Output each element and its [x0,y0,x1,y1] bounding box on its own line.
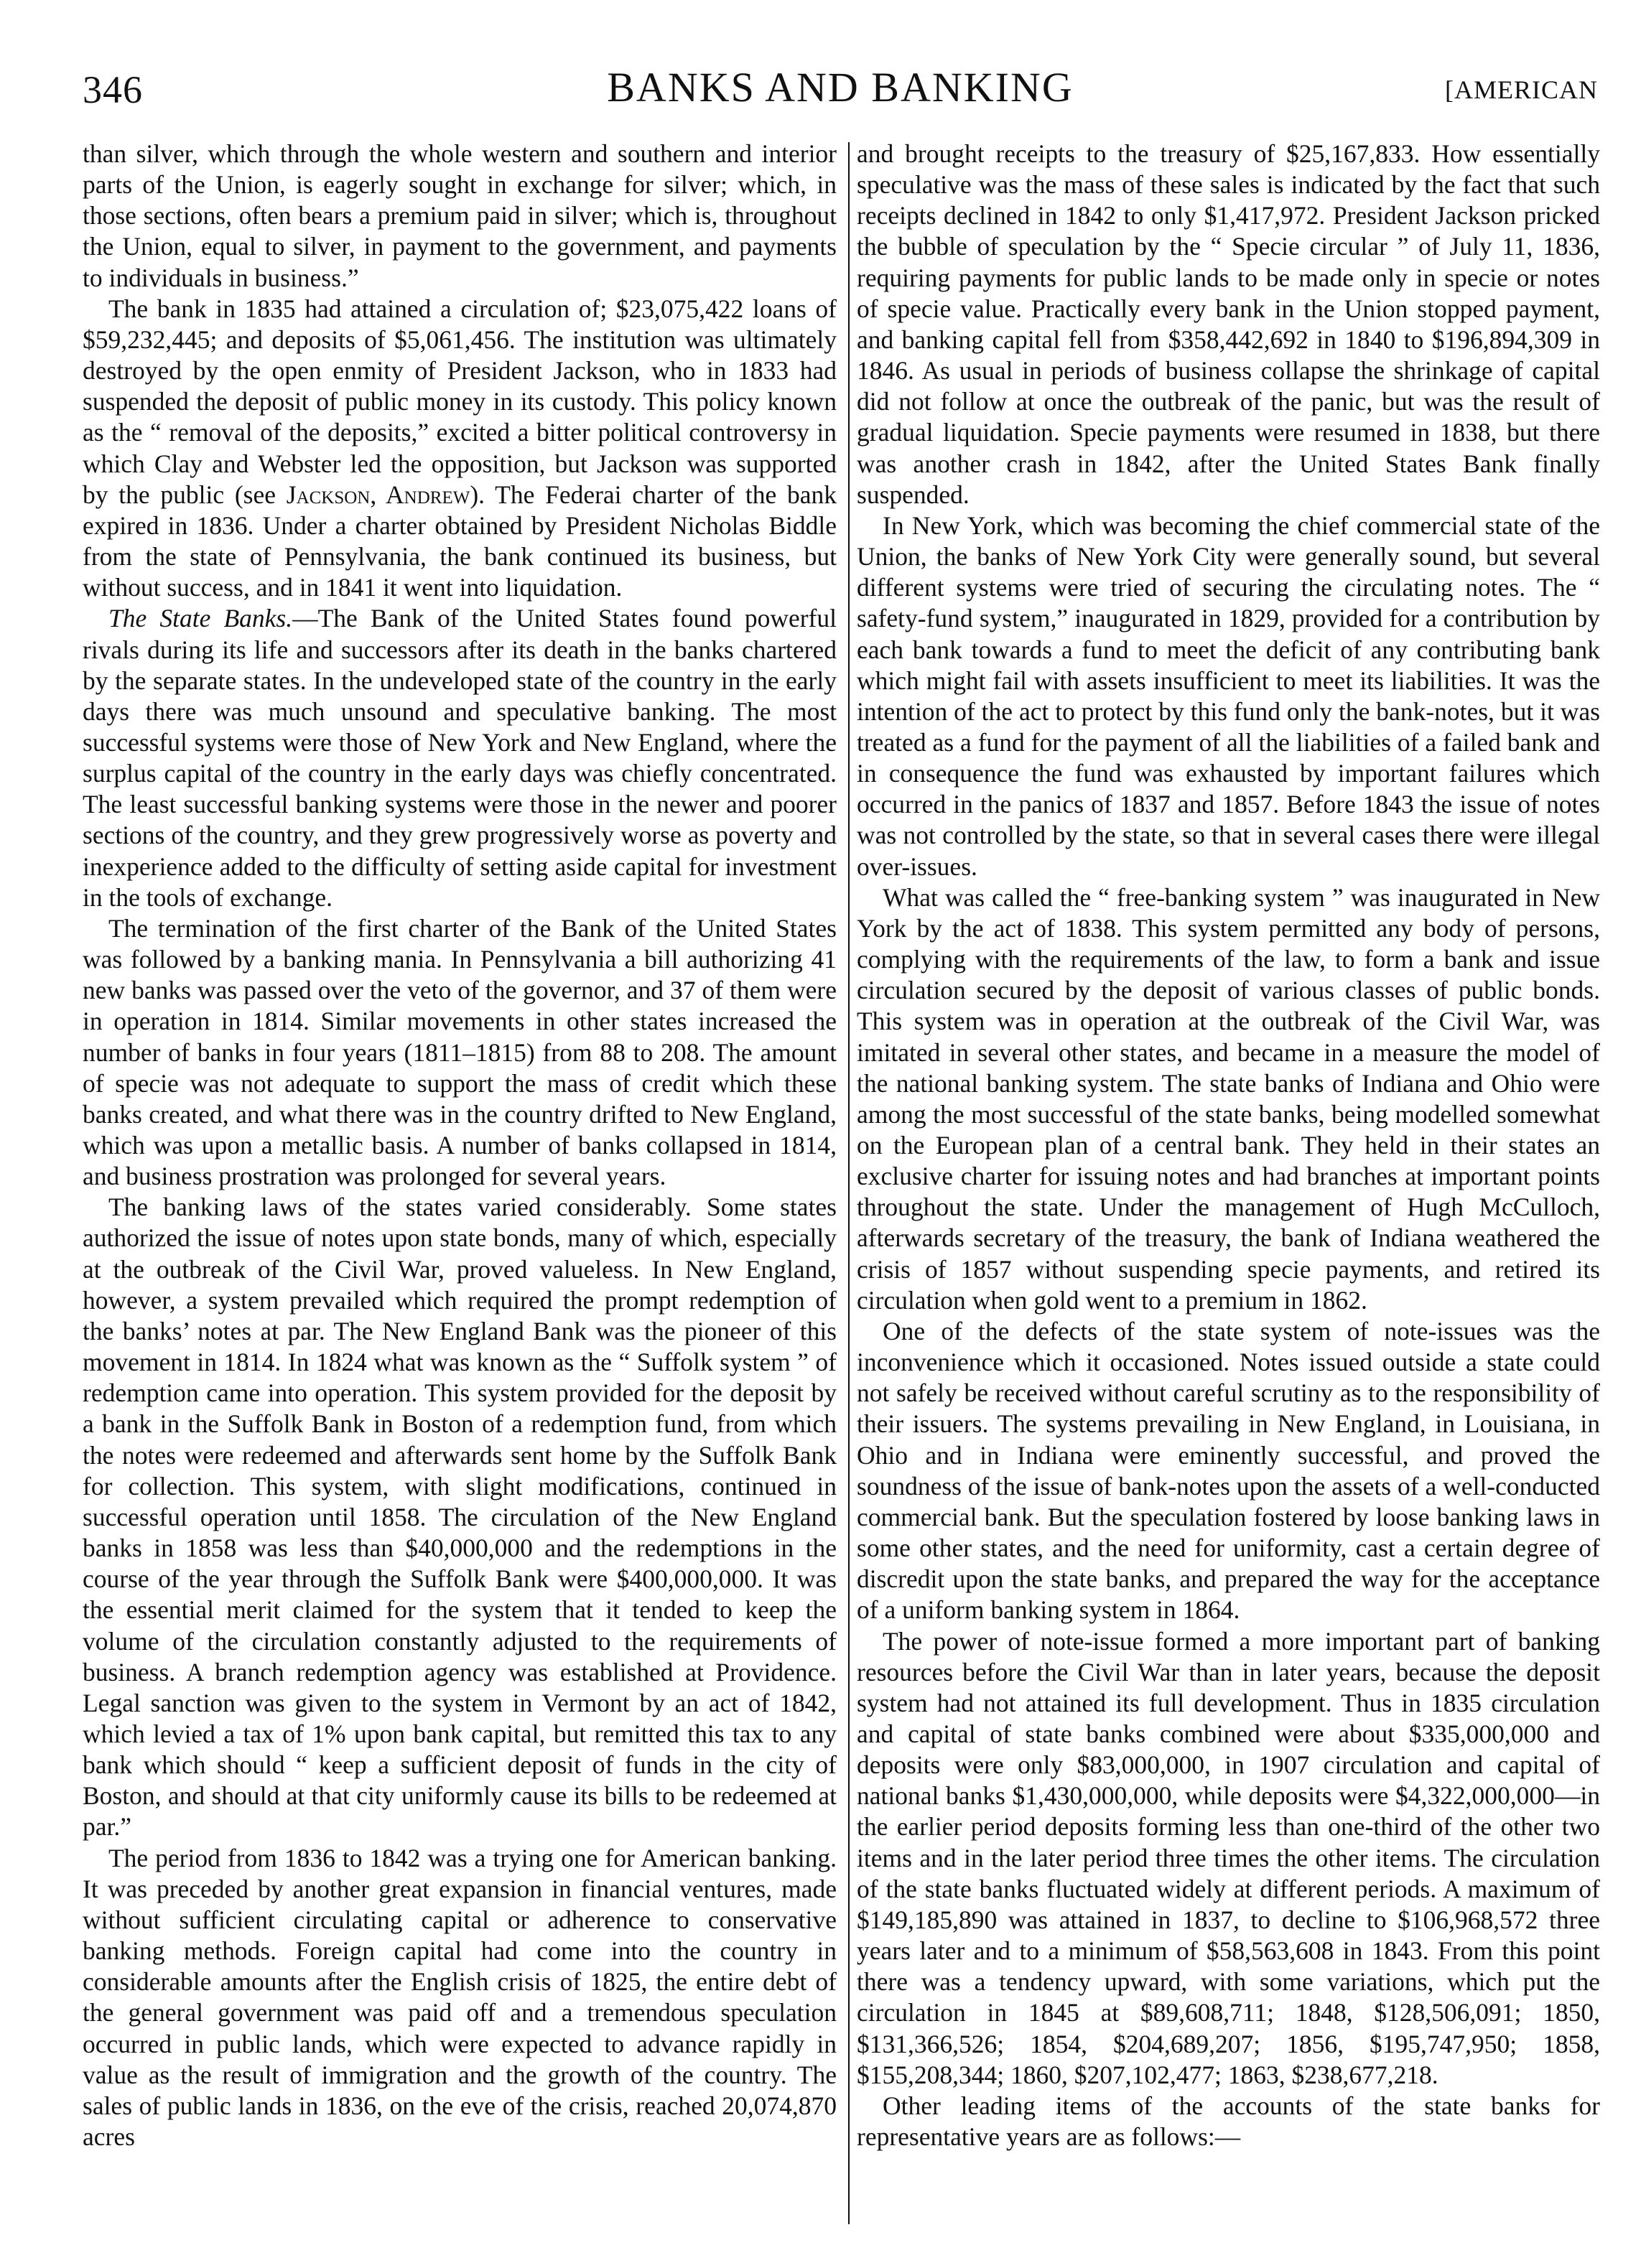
paragraph-text: —The Bank of the United States found pow… [83,604,837,911]
section-heading: The State Banks. [108,604,292,633]
paragraph: than silver, which through the whole wes… [83,139,837,294]
right-column: and brought receipts to the treasury of … [857,139,1600,2152]
paragraph: Other leading items of the accounts of t… [857,2091,1600,2152]
paragraph: One of the defects of the state system o… [857,1316,1600,1626]
running-title: BANKS AND BANKING [83,63,1598,111]
paragraph: The termination of the first charter of … [83,913,837,1192]
paragraph: The bank in 1835 had attained a circulat… [83,294,837,604]
page-header: 346 BANKS AND BANKING [AMERICAN [83,63,1598,121]
paragraph: What was called the “ free-banking syste… [857,882,1600,1316]
paragraph-text: The bank in 1835 had attained a circulat… [83,294,837,509]
section-label: [AMERICAN [1445,75,1598,105]
paragraph: and brought receipts to the treasury of … [857,139,1600,510]
paragraph: The banking laws of the states varied co… [83,1192,837,1842]
cross-reference-link[interactable]: Jackson, Andrew [287,480,470,509]
left-column: than silver, which through the whole wes… [83,139,837,2152]
column-divider [848,142,850,2224]
paragraph: In New York, which was becoming the chie… [857,510,1600,882]
paragraph: The period from 1836 to 1842 was a tryin… [83,1843,837,2153]
paragraph: The State Banks.—The Bank of the United … [83,603,837,913]
paragraph: The power of note-issue formed a more im… [857,1626,1600,2091]
